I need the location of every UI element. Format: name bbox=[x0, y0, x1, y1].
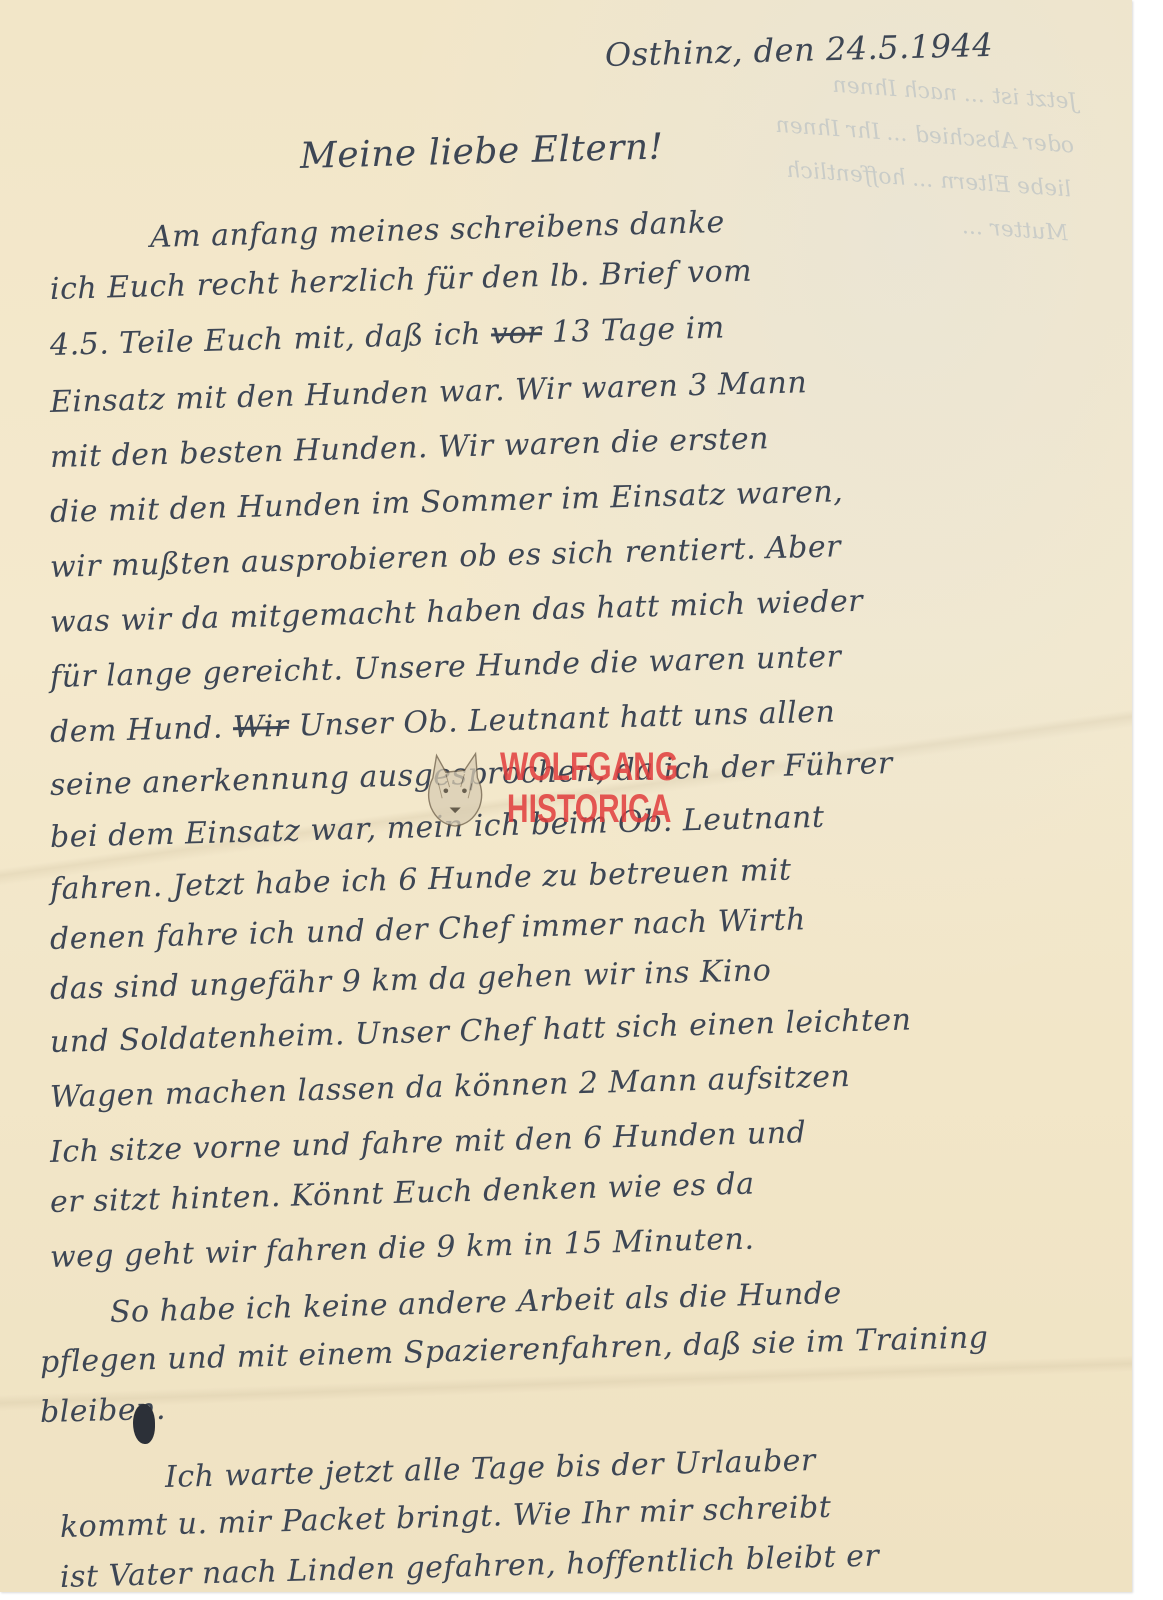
letter-line: denen fahre ich und der Chef immer nach … bbox=[50, 902, 807, 957]
line-text: er sitzt hinten. Könnt Euch denken wie e… bbox=[50, 1167, 755, 1220]
letter-line: er sitzt hinten. Könnt Euch denken wie e… bbox=[50, 1167, 755, 1220]
letter-line: seine anerkennung ausgesprochen, da ich … bbox=[50, 746, 894, 803]
letter-line: für lange gereicht. Unsere Hunde die war… bbox=[50, 639, 842, 695]
line-text: ist Vater nach Linden gefahren, hoffentl… bbox=[60, 1539, 880, 1595]
line-text: das sind ungefähr 9 km da gehen wir ins … bbox=[50, 953, 772, 1007]
struck-text: Wir bbox=[233, 709, 290, 745]
letter-line: ist Vater nach Linden gefahren, hoffentl… bbox=[60, 1539, 880, 1595]
letter-line: kommt u. mir Packet bringt. Wie Ihr mir … bbox=[60, 1490, 832, 1545]
letter-greeting: Meine liebe Eltern! bbox=[299, 126, 664, 177]
line-text: So habe ich keine andere Arbeit als die … bbox=[110, 1276, 843, 1330]
letter-paper: Jetzt ist ... nach Ihnen oder Abschied .… bbox=[0, 0, 1132, 1592]
line-text: wir mußten ausprobieren ob es sich renti… bbox=[50, 529, 842, 585]
letter-line: pflegen und mit einem Spazierenfahren, d… bbox=[40, 1320, 989, 1380]
line-text: Ich warte jetzt alle Tage bis der Urlaub… bbox=[165, 1443, 817, 1495]
line-text: und Soldatenheim. Unser Chef hatt sich e… bbox=[50, 1002, 912, 1060]
letter-line: die mit den Hunden im Sommer im Einsatz … bbox=[50, 474, 844, 530]
line-text: 13 Tage im bbox=[541, 310, 725, 350]
line-text: Ich sitze vorne und fahre mit den 6 Hund… bbox=[50, 1115, 807, 1170]
letter-line: dem Hund. Wir Unser Ob. Leutnant hatt un… bbox=[50, 694, 836, 750]
line-text: Unser Ob. Leutnant hatt uns allen bbox=[288, 694, 836, 743]
line-text: was wir da mitgemacht haben das hatt mic… bbox=[50, 584, 864, 640]
bleed-through-text: Jetzt ist ... nach Ihnen oder Abschied .… bbox=[761, 60, 1078, 340]
ink-blot bbox=[133, 1404, 155, 1444]
letter-line: Wagen machen lassen da können 2 Mann auf… bbox=[50, 1059, 851, 1115]
letter-line: weg geht wir fahren die 9 km in 15 Minut… bbox=[50, 1222, 755, 1275]
letter-line: und Soldatenheim. Unser Chef hatt sich e… bbox=[50, 1002, 912, 1060]
line-text: bei dem Einsatz war, mein ich beim Ob. L… bbox=[50, 800, 825, 855]
line-text: die mit den Hunden im Sommer im Einsatz … bbox=[50, 474, 844, 530]
letter-line: Ich warte jetzt alle Tage bis der Urlaub… bbox=[165, 1443, 817, 1495]
letter-line: 4.5. Teile Euch mit, daß ich vor 13 Tage… bbox=[50, 310, 726, 363]
line-text: seine anerkennung ausgesprochen, da ich … bbox=[50, 746, 894, 803]
line-text: ich Euch recht herzlich für den lb. Brie… bbox=[50, 254, 753, 307]
letter-date: Osthinz, den 24.5.1944 bbox=[605, 26, 994, 74]
letter-line: mit den besten Hunden. Wir waren die ers… bbox=[50, 421, 770, 475]
line-text: mit den besten Hunden. Wir waren die ers… bbox=[50, 421, 770, 475]
line-text: dem Hund. bbox=[50, 710, 224, 750]
line-text: Am anfang meines schreibens danke bbox=[150, 205, 726, 255]
line-text: kommt u. mir Packet bringt. Wie Ihr mir … bbox=[60, 1490, 832, 1545]
letter-line: was wir da mitgemacht haben das hatt mic… bbox=[50, 584, 864, 640]
letter-line: Am anfang meines schreibens danke bbox=[150, 205, 726, 255]
letter-line: Einsatz mit den Hunden war. Wir waren 3 … bbox=[50, 365, 808, 420]
line-text: Wagen machen lassen da können 2 Mann auf… bbox=[50, 1059, 851, 1115]
letter-line: So habe ich keine andere Arbeit als die … bbox=[110, 1276, 843, 1330]
line-text: 4.5. Teile Euch mit, daß ich bbox=[50, 317, 482, 363]
letter-line: das sind ungefähr 9 km da gehen wir ins … bbox=[50, 953, 772, 1007]
struck-text: vor bbox=[491, 315, 543, 351]
line-text: fahren. Jetzt habe ich 6 Hunde zu betreu… bbox=[50, 853, 792, 907]
line-text: denen fahre ich und der Chef immer nach … bbox=[50, 902, 807, 957]
letter-line: fahren. Jetzt habe ich 6 Hunde zu betreu… bbox=[50, 853, 792, 907]
line-text: weg geht wir fahren die 9 km in 15 Minut… bbox=[50, 1222, 755, 1275]
letter-line: bei dem Einsatz war, mein ich beim Ob. L… bbox=[50, 800, 825, 855]
line-text: pflegen und mit einem Spazierenfahren, d… bbox=[40, 1320, 989, 1380]
line-text: Einsatz mit den Hunden war. Wir waren 3 … bbox=[50, 365, 808, 420]
line-text: für lange gereicht. Unsere Hunde die war… bbox=[50, 639, 842, 695]
letter-line: Ich sitze vorne und fahre mit den 6 Hund… bbox=[50, 1115, 807, 1170]
letter-line: ich Euch recht herzlich für den lb. Brie… bbox=[50, 254, 753, 307]
letter-line: wir mußten ausprobieren ob es sich renti… bbox=[50, 529, 842, 585]
